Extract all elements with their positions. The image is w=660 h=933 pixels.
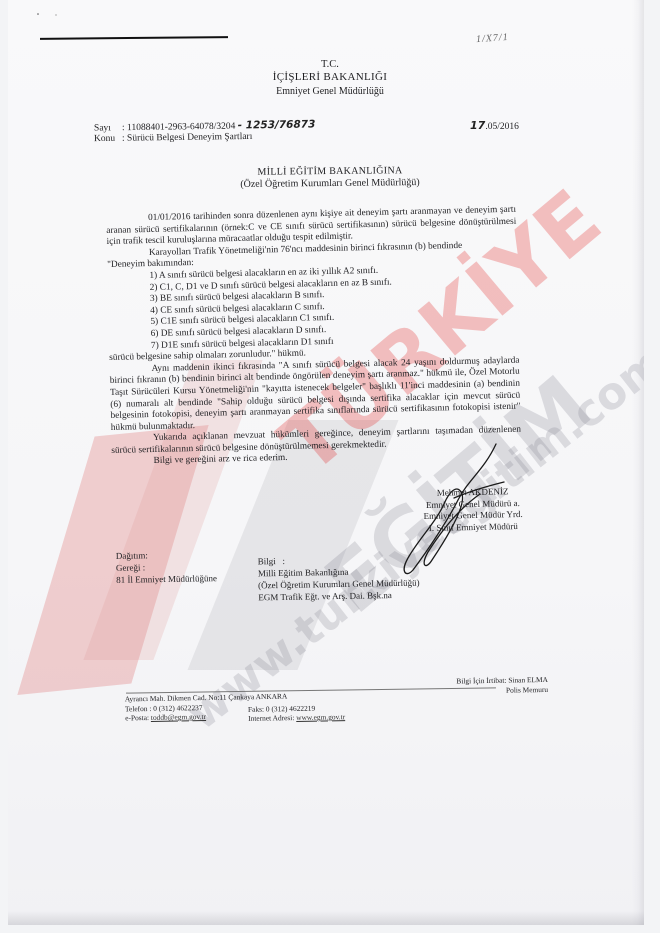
header-directorate: Emniyet Genel Müdürlüğü	[8, 85, 644, 98]
geregi-value: 81 İl Emniyet Müdürlüğüne	[116, 572, 217, 586]
header-ministry: İÇİŞLERİ BAKANLIĞI	[8, 71, 644, 84]
scan-mark-icon	[36, 12, 86, 16]
header-state: T.C.	[8, 58, 644, 71]
contact-title: Polis Memuru	[426, 684, 548, 696]
contact-block: Bilgi İçin İrtibat: Sinan ELMA Polis Mem…	[426, 675, 548, 696]
footer-fax-web-block: Faks: 0 (312) 4622219 Internet Adresi: w…	[248, 693, 345, 723]
signature-block: Mehmet AKDENİZ Emniyet Genel Müdürü a. E…	[403, 486, 544, 535]
document-date: 17.05/2016	[470, 119, 519, 132]
email-link[interactable]: toddb@egm.gov.tr	[151, 712, 206, 722]
bilgi-block: Bilgi : Milli Eğitim Bakanlığına (Özel Ö…	[258, 553, 420, 604]
page-bottom-shadow	[8, 911, 644, 925]
experience-list: 1) A sınıfı sürücü belgesi alacakların e…	[107, 263, 519, 353]
document-page: TÜRKİYE EĞİTİM www.turkiyeegitim.com 1/X…	[8, 0, 644, 925]
date-day-handwritten: 17	[470, 119, 485, 132]
footer-web-row: Internet Adresi: www.egm.gov.tr	[248, 712, 345, 723]
distribution-block: Dağıtım: Gereği : 81 İl Emniyet Müdürlüğ…	[116, 548, 217, 586]
konu-value: : Sürücü Belgesi Deneyim Şartları	[122, 132, 252, 144]
letter-body: 01/01/2016 tarihinden sonra düzenlenen a…	[106, 205, 522, 469]
konu-label: Konu	[94, 133, 122, 145]
paragraph-5: Aynı maddenin ikinci fıkrasında "A sınıf…	[109, 355, 520, 434]
subject: Konu: Sürücü Belgesi Deneyim Şartları	[94, 131, 252, 145]
web-link[interactable]: www.egm.gov.tr	[296, 712, 345, 722]
email-label: e-Posta:	[125, 713, 149, 722]
header-rule	[40, 36, 228, 40]
sayi-handwritten: - 1253/76873	[238, 118, 316, 131]
stamp-number: 1/X7/1	[476, 32, 509, 45]
page-edge-shadow	[632, 0, 644, 925]
date-rest: .05/2016	[485, 122, 519, 132]
web-label: Internet Adresi:	[248, 713, 294, 723]
bilgi-item: EGM Trafik Eğt. ve Arş. Dai. Bşk.na	[258, 589, 420, 604]
